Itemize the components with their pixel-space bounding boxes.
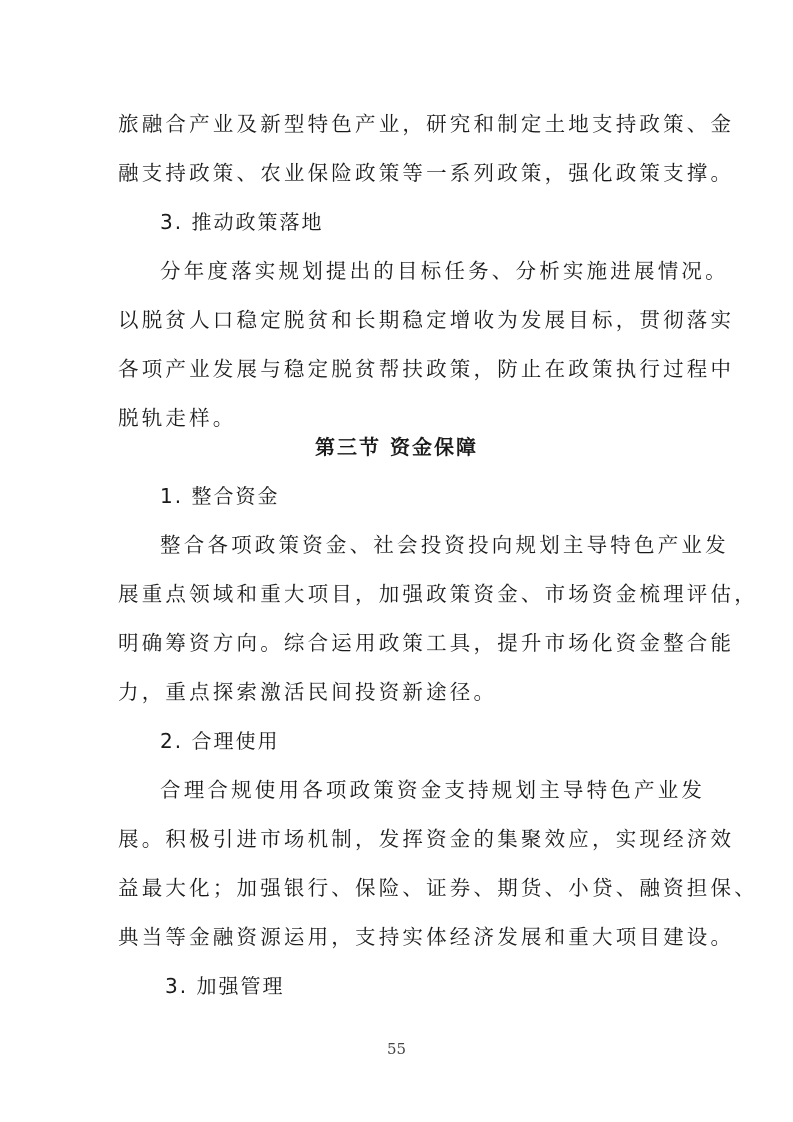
paragraph-line: 合理合规使用各项政策资金支持规划主导特色产业发	[160, 776, 705, 804]
paragraph-line: 脱轨走样。	[118, 404, 237, 432]
paragraph-line: 展。积极引进市场机制，发挥资金的集聚效应，实现经济效	[118, 825, 734, 853]
paragraph-line: 各项产业发展与稳定脱贫帮扶政策，防止在政策执行过程中	[118, 355, 734, 383]
subsection-title: 2. 合理使用	[160, 727, 279, 755]
section-heading: 第三节 资金保障	[0, 433, 793, 461]
paragraph-line: 旅融合产业及新型特色产业，研究和制定土地支持政策、金	[118, 110, 734, 138]
subsection-title: 3. 推动政策落地	[160, 208, 323, 236]
paragraph-line: 融支持政策、农业保险政策等一系列政策，强化政策支撑。	[118, 159, 734, 187]
page-number: 55	[0, 1040, 793, 1058]
subsection-title: 1. 整合资金	[160, 482, 279, 510]
subsection-title: 3. 加强管理	[165, 972, 284, 1000]
paragraph-line: 分年度落实规划提出的目标任务、分析实施进展情况。	[160, 257, 729, 285]
paragraph-line: 展重点领域和重大项目，加强政策资金、市场资金梳理评估，	[118, 580, 758, 608]
paragraph-line: 以脱贫人口稳定脱贫和长期稳定增收为发展目标，贯彻落实	[118, 306, 734, 334]
paragraph-line: 明确筹资方向。综合运用政策工具，提升市场化资金整合能	[118, 629, 734, 657]
paragraph-line: 典当等金融资源运用，支持实体经济发展和重大项目建设。	[118, 923, 734, 951]
paragraph-line: 力，重点探索激活民间投资新途径。	[118, 678, 497, 706]
paragraph-line: 益最大化；加强银行、保险、证券、期货、小贷、融资担保、	[118, 874, 758, 902]
paragraph-line: 整合各项政策资金、社会投资投向规划主导特色产业发	[160, 531, 729, 559]
